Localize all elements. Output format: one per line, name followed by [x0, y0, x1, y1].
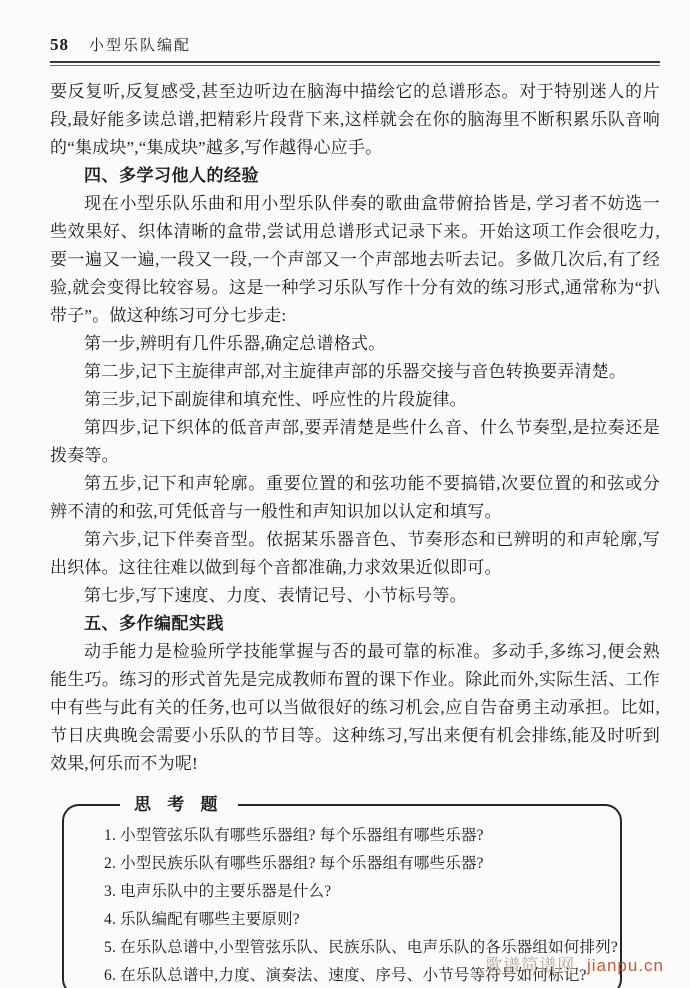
- book-page: 58 小型乐队编配 要反复听,反复感受,甚至边听边在脑海中描绘它的总谱形态。对于…: [0, 0, 690, 988]
- step-paragraph-3: 第三步,记下副旋律和填充性、呼应性的片段旋律。: [50, 386, 660, 414]
- study-questions-box-title: 思 考 题: [120, 793, 238, 817]
- body-paragraph: 要反复听,反复感受,甚至边听边在脑海中描绘它的总谱形态。对于特别迷人的片段,最好…: [50, 78, 660, 162]
- step-paragraph-1: 第一步,辨明有几件乐器,确定总谱格式。: [50, 330, 660, 358]
- question-item-3: 3. 电声乐队中的主要乐器是什么?: [104, 878, 616, 906]
- step-paragraph-7: 第七步,写下速度、力度、表情记号、小节标号等。: [50, 582, 660, 610]
- site-domain: jianpu.cn: [587, 956, 664, 975]
- site-name: 歌谱简谱网: [485, 956, 575, 975]
- book-title: 小型乐队编配: [89, 35, 191, 57]
- section-heading-5: 五、多作编配实践: [50, 610, 660, 638]
- body-text: 要反复听,反复感受,甚至边听边在脑海中描绘它的总谱形态。对于特别迷人的片段,最好…: [50, 78, 660, 778]
- header-rule-divider: [50, 61, 660, 66]
- site-watermark: 歌谱简谱网 jianpu.cn: [485, 951, 664, 976]
- step-paragraph-4: 第四步,记下织体的低音声部,要弄清楚是些什么音、什么节奏型,是拉奏还是拨奏等。: [50, 414, 660, 470]
- body-paragraph: 现在小型乐队乐曲和用小型乐队伴奏的歌曲盒带俯拾皆是, 学习者不妨选一些效果好、织…: [50, 190, 660, 330]
- step-paragraph-5: 第五步,记下和声轮廓。重要位置的和弦功能不要搞错,次要位置的和弦或分辨不清的和弦…: [50, 470, 660, 526]
- body-paragraph: 动手能力是检验所学技能掌握与否的最可靠的标准。多动手,多练习,便会熟能生巧。练习…: [50, 638, 660, 778]
- question-item-4: 4. 乐队编配有哪些主要原则?: [104, 906, 616, 934]
- step-paragraph-6: 第六步,记下伴奏音型。依据某乐器音色、节奏形态和已辨明的和声轮廓,写出织体。这往…: [50, 526, 660, 582]
- question-item-1: 1. 小型管弦乐队有哪些乐器组? 每个乐器组有哪些乐器?: [104, 822, 616, 850]
- section-heading-4: 四、多学习他人的经验: [50, 162, 660, 190]
- page-number: 58: [50, 34, 69, 56]
- step-paragraph-2: 第二步,记下主旋律声部,对主旋律声部的乐器交接与音色转换要弄清楚。: [50, 358, 660, 386]
- question-item-2: 2. 小型民族乐队有哪些乐器组? 每个乐器组有哪些乐器?: [104, 850, 616, 878]
- page-header: 58 小型乐队编配: [50, 34, 660, 56]
